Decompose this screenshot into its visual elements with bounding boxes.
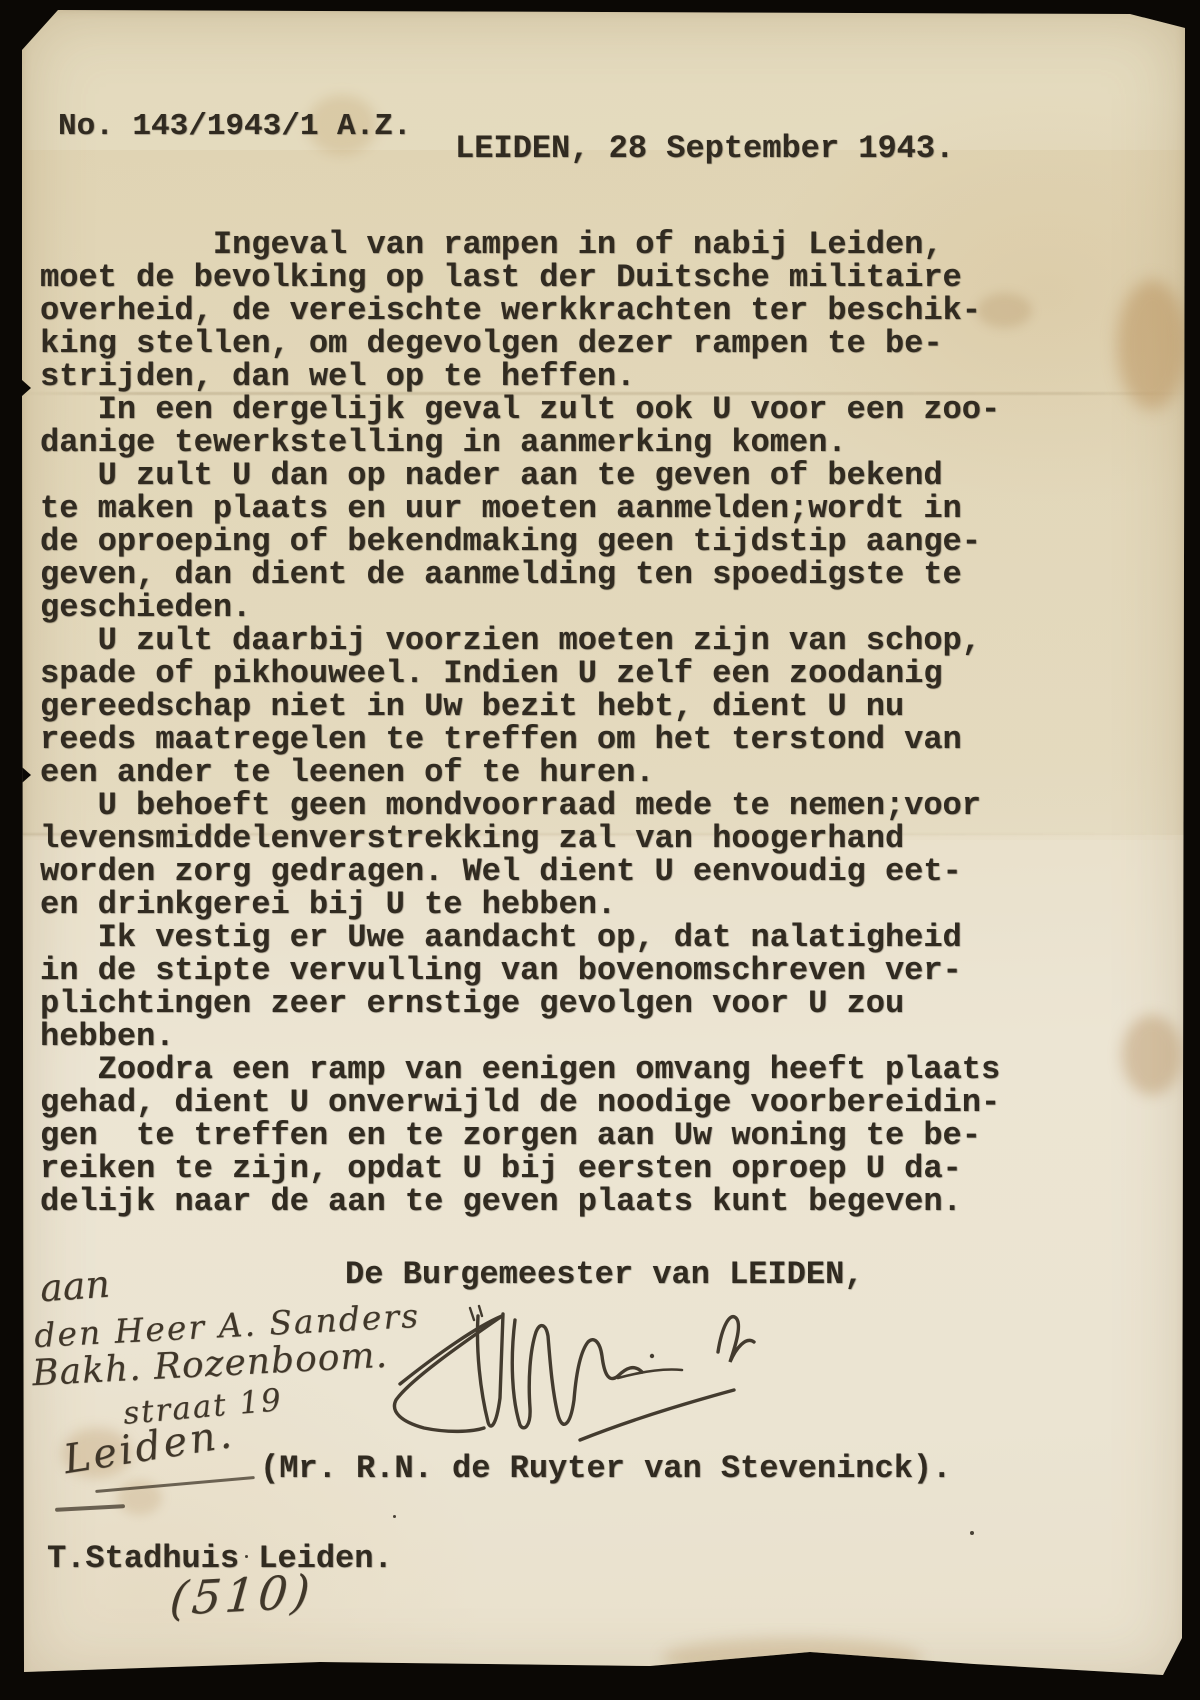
photo-background: No. 143/1943/1 A.Z. LEIDEN, 28 September… bbox=[0, 0, 1200, 1700]
signature-underline bbox=[580, 1390, 734, 1440]
ink-speck bbox=[970, 1531, 974, 1535]
handwritten-underline bbox=[55, 1504, 125, 1511]
ink-speck bbox=[393, 1515, 396, 1518]
signed-name: (Mr. R.N. de Ruyter van Steveninck). bbox=[260, 1452, 951, 1485]
dateline: LEIDEN, 28 September 1943. bbox=[455, 132, 954, 165]
signature-ink bbox=[350, 1280, 770, 1450]
paper-edge-tear bbox=[22, 380, 31, 396]
paper-stain bbox=[662, 1638, 922, 1678]
signature-wave bbox=[618, 1369, 682, 1378]
signature-tick bbox=[470, 1306, 482, 1320]
paper-stain bbox=[1122, 1015, 1182, 1095]
signature-h-flourish bbox=[718, 1317, 754, 1362]
handwritten-addressee-aan: aan bbox=[39, 1262, 112, 1311]
reference-number: No. 143/1943/1 A.Z. bbox=[58, 110, 411, 143]
signature-loops bbox=[512, 1320, 642, 1428]
letter-body: Ingeval van rampen in of nabij Leiden, m… bbox=[40, 228, 1000, 1218]
handwritten-underline bbox=[95, 1476, 255, 1492]
handwritten-number: (510) bbox=[168, 1564, 316, 1626]
paper-edge-tear bbox=[22, 767, 31, 783]
signature-dot bbox=[650, 1354, 654, 1358]
paper-stain bbox=[1117, 280, 1187, 410]
letter-paper: No. 143/1943/1 A.Z. LEIDEN, 28 September… bbox=[22, 10, 1185, 1682]
